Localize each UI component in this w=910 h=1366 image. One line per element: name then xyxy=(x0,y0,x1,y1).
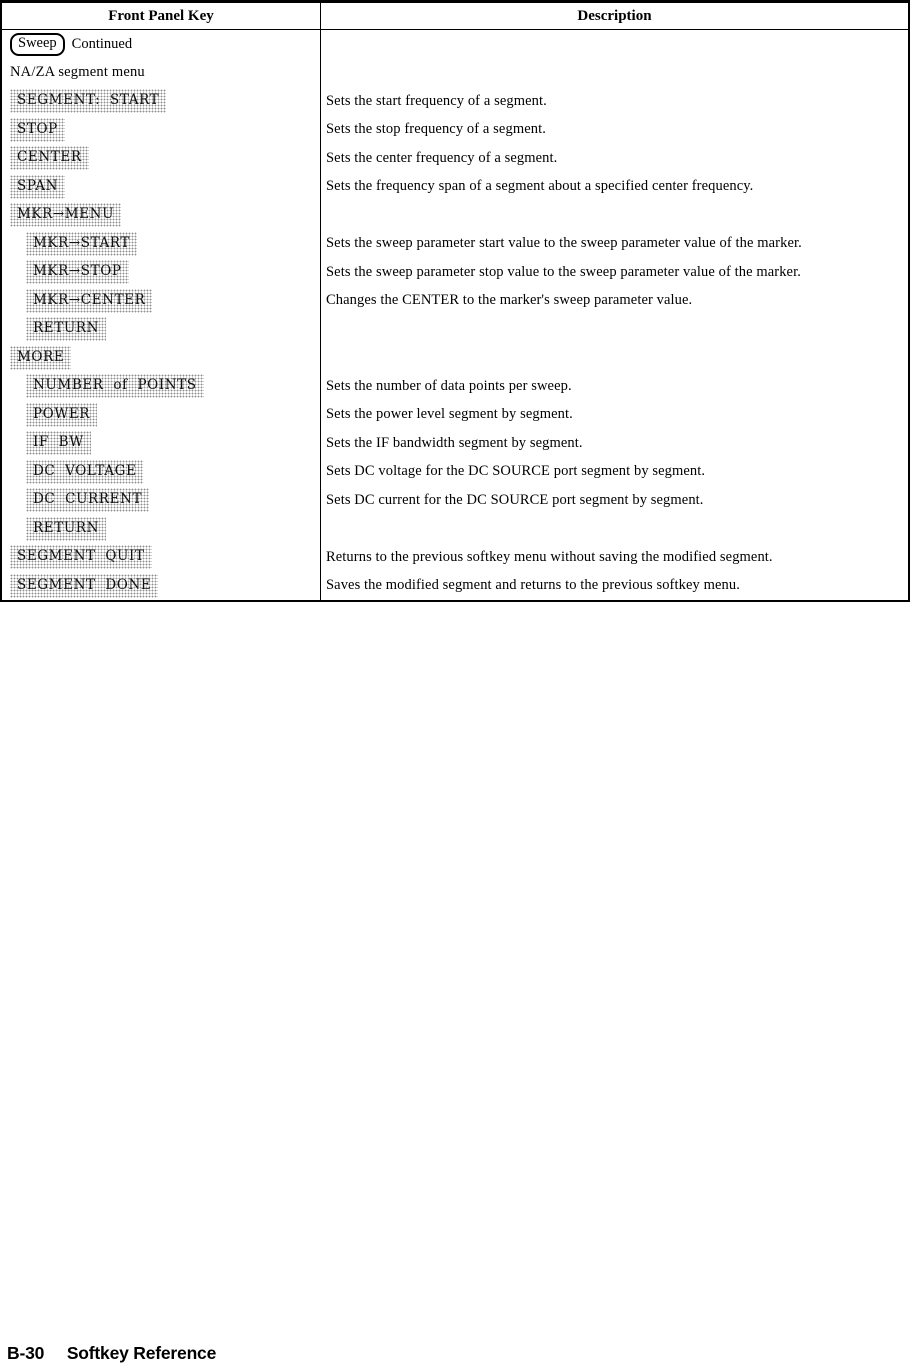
key-cell: MKR→CENTER xyxy=(2,287,320,316)
table-header-row: Front Panel Key Description xyxy=(2,3,908,30)
key-cell: MORE xyxy=(2,344,320,373)
table-row: MKR→START Sets the sweep parameter start… xyxy=(2,230,908,259)
table-row: SEGMENT: START Sets the start frequency … xyxy=(2,87,908,116)
softkey-label: MKR→STOP xyxy=(26,260,129,284)
table-row: DC CURRENT Sets DC current for the DC SO… xyxy=(2,486,908,515)
softkey-label: RETURN xyxy=(26,517,106,541)
table-row: IF BW Sets the IF bandwidth segment by s… xyxy=(2,429,908,458)
key-cell: Sweep Continued xyxy=(2,30,320,59)
table-row: MKR→CENTER Changes the CENTER to the mar… xyxy=(2,287,908,316)
key-cell: MKR→START xyxy=(2,230,320,259)
table-row: MORE xyxy=(2,344,908,373)
softkey-label: SEGMENT QUIT xyxy=(10,545,152,569)
key-cell: SEGMENT QUIT xyxy=(2,543,320,572)
key-cell: RETURN xyxy=(2,515,320,544)
description-cell: Sets the start frequency of a segment. xyxy=(320,87,908,116)
table-row: RETURN xyxy=(2,315,908,344)
manual-page: Front Panel Key Description Sweep Contin… xyxy=(0,0,910,1366)
key-cell: POWER xyxy=(2,401,320,430)
description-cell: Sets the stop frequency of a segment. xyxy=(320,116,908,145)
table-row: MKR→MENU xyxy=(2,201,908,230)
softkey-label: POWER xyxy=(26,403,97,427)
key-cell: RETURN xyxy=(2,315,320,344)
softkey-label: STOP xyxy=(10,118,65,142)
table-row: SEGMENT DONE Saves the modified segment … xyxy=(2,572,908,601)
column-header-description: Description xyxy=(320,3,908,29)
column-header-front-panel-key: Front Panel Key xyxy=(2,3,320,29)
segment-menu-label: NA/ZA segment menu xyxy=(10,64,145,81)
footer-section-title: Softkey Reference xyxy=(67,1343,216,1364)
table-row: STOP Sets the stop frequency of a segmen… xyxy=(2,116,908,145)
softkey-label: SPAN xyxy=(10,175,65,199)
description-cell xyxy=(320,201,908,230)
table-row: RETURN xyxy=(2,515,908,544)
softkey-label: IF BW xyxy=(26,431,91,455)
key-cell: NA/ZA segment menu xyxy=(2,59,320,88)
description-cell xyxy=(320,315,908,344)
key-cell: DC CURRENT xyxy=(2,486,320,515)
key-cell: IF BW xyxy=(2,429,320,458)
table-row: Sweep Continued xyxy=(2,30,908,59)
description-cell: Sets DC voltage for the DC SOURCE port s… xyxy=(320,458,908,487)
description-cell: Sets the number of data points per sweep… xyxy=(320,372,908,401)
key-cell: SEGMENT: START xyxy=(2,87,320,116)
table-row: CENTER Sets the center frequency of a se… xyxy=(2,144,908,173)
key-cell: NUMBER of POINTS xyxy=(2,372,320,401)
description-cell: Sets the IF bandwidth segment by segment… xyxy=(320,429,908,458)
description-cell: Sets the center frequency of a segment. xyxy=(320,144,908,173)
description-cell xyxy=(320,30,908,59)
key-cell: STOP xyxy=(2,116,320,145)
key-cell: CENTER xyxy=(2,144,320,173)
softkey-label: MORE xyxy=(10,346,71,370)
description-cell: Sets the sweep parameter stop value to t… xyxy=(320,258,908,287)
key-cell: DC VOLTAGE xyxy=(2,458,320,487)
table-row: NUMBER of POINTS Sets the number of data… xyxy=(2,372,908,401)
softkey-label: CENTER xyxy=(10,146,89,170)
table-row: POWER Sets the power level segment by se… xyxy=(2,401,908,430)
description-cell: Returns to the previous softkey menu wit… xyxy=(320,543,908,572)
softkey-label: MKR→MENU xyxy=(10,203,121,227)
description-cell: Changes the CENTER to the marker's sweep… xyxy=(320,287,908,316)
page-number: B-30 xyxy=(7,1343,44,1364)
softkey-label: RETURN xyxy=(26,317,106,341)
continued-label: Continued xyxy=(72,36,132,53)
description-cell: Sets the power level segment by segment. xyxy=(320,401,908,430)
table-row: MKR→STOP Sets the sweep parameter stop v… xyxy=(2,258,908,287)
softkey-reference-table: Front Panel Key Description Sweep Contin… xyxy=(0,0,910,602)
description-cell: Sets DC current for the DC SOURCE port s… xyxy=(320,486,908,515)
description-cell xyxy=(320,59,908,88)
softkey-label: SEGMENT DONE xyxy=(10,574,158,598)
description-cell xyxy=(320,344,908,373)
description-cell: Saves the modified segment and returns t… xyxy=(320,572,908,601)
table-row: DC VOLTAGE Sets DC voltage for the DC SO… xyxy=(2,458,908,487)
softkey-label: SEGMENT: START xyxy=(10,89,166,113)
table-row: SEGMENT QUIT Returns to the previous sof… xyxy=(2,543,908,572)
page-footer: B-30 Softkey Reference xyxy=(7,1343,216,1364)
softkey-label: DC CURRENT xyxy=(26,488,149,512)
description-cell: Sets the sweep parameter start value to … xyxy=(320,230,908,259)
softkey-label: DC VOLTAGE xyxy=(26,460,143,484)
description-cell xyxy=(320,515,908,544)
softkey-label: MKR→CENTER xyxy=(26,289,152,313)
key-cell: SPAN xyxy=(2,173,320,202)
softkey-label: MKR→START xyxy=(26,232,137,256)
key-cell: MKR→MENU xyxy=(2,201,320,230)
sweep-keycap: Sweep xyxy=(10,33,65,56)
key-cell: MKR→STOP xyxy=(2,258,320,287)
table-row: NA/ZA segment menu xyxy=(2,59,908,88)
table-row: SPAN Sets the frequency span of a segmen… xyxy=(2,173,908,202)
key-cell: SEGMENT DONE xyxy=(2,572,320,601)
softkey-label: NUMBER of POINTS xyxy=(26,374,204,398)
description-cell: Sets the frequency span of a segment abo… xyxy=(320,173,908,202)
